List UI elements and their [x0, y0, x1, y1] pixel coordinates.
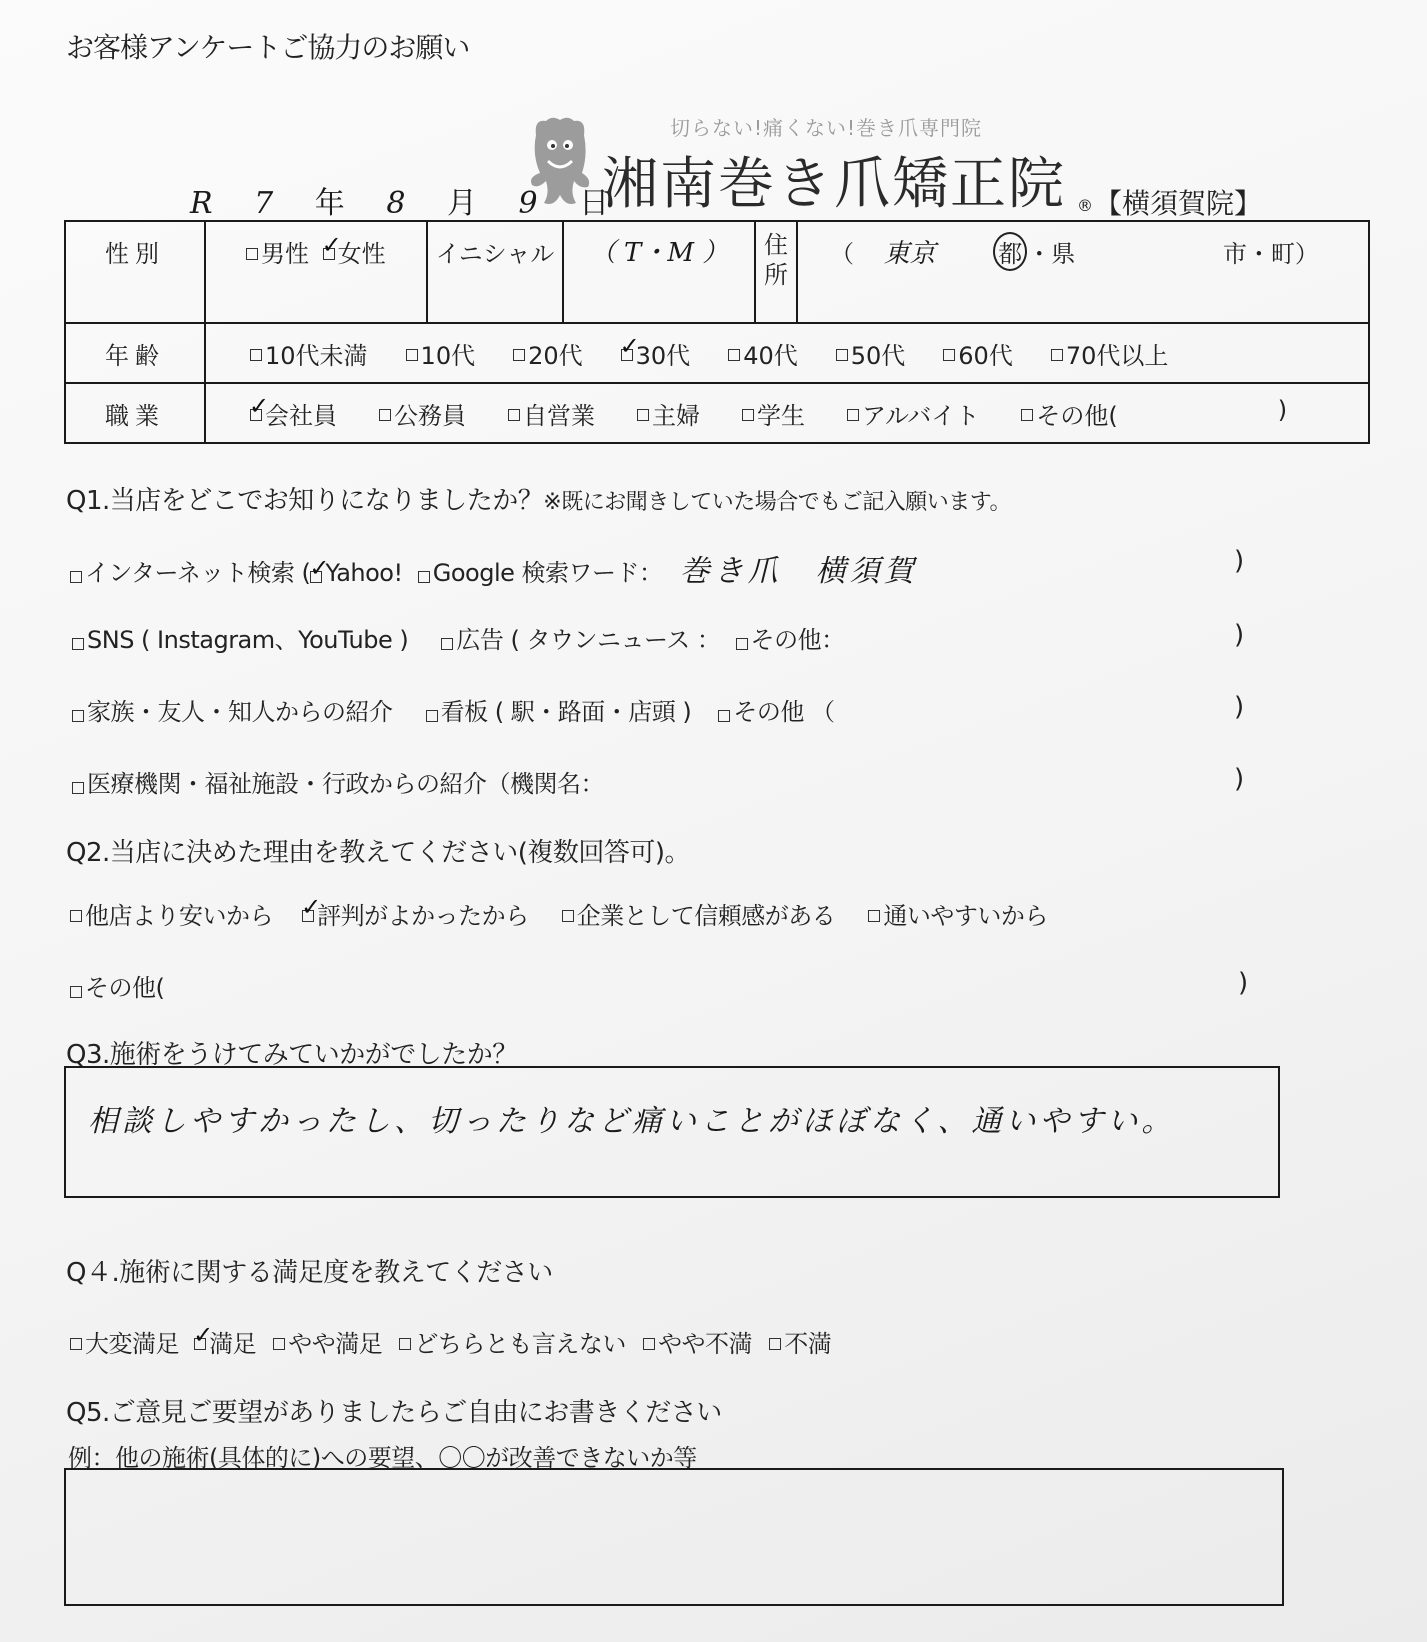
date-year-unit: 年	[315, 186, 345, 221]
occupation-option-selected[interactable]: 会社員	[250, 396, 337, 431]
registered-mark: ®	[1077, 196, 1093, 215]
date-month: 8	[386, 186, 405, 221]
ad-other-checkbox[interactable]	[736, 638, 748, 650]
age-option[interactable]: 50代	[836, 336, 906, 371]
q4-option[interactable]: どちらとも言えない	[399, 1324, 626, 1359]
checkbox[interactable]	[769, 1338, 781, 1350]
occupation-option[interactable]: アルバイト	[847, 396, 979, 431]
q1-sns-close: )	[1234, 620, 1244, 650]
checkbox[interactable]	[399, 1338, 411, 1350]
q1-internet-row: インターネット検索 (Yahoo! Google 検索ワード： 巻き爪 横須賀	[70, 546, 918, 590]
checkbox[interactable]	[70, 986, 82, 998]
checkbox[interactable]	[1021, 409, 1033, 421]
checkbox[interactable]	[70, 1338, 82, 1350]
survey-title: お客様アンケートご協力のお願い	[66, 26, 469, 66]
checkbox-checked[interactable]	[250, 409, 262, 421]
q1-internet-close: )	[1234, 546, 1244, 576]
customer-info-table: 性別 男性 女性 イニシャル （ T・M ） 住所 （ 東京 都・県 市・町） …	[64, 220, 1370, 444]
occupation-option[interactable]: 自営業	[508, 396, 595, 431]
q4-options: 大変満足 満足 やや満足 どちらとも言えない やや不満 不満	[70, 1324, 869, 1359]
checkbox[interactable]	[70, 571, 82, 583]
checkbox[interactable]	[847, 409, 859, 421]
q1-referral-close: )	[1234, 692, 1244, 722]
q4-option[interactable]: やや満足	[273, 1324, 382, 1359]
q2-option[interactable]: 他店より安いから	[70, 896, 273, 931]
q5-answer-box[interactable]	[64, 1468, 1284, 1606]
age-option[interactable]: 10代	[406, 336, 476, 371]
checkbox[interactable]	[637, 409, 649, 421]
q4-option-selected[interactable]: 満足	[194, 1324, 256, 1359]
checkbox[interactable]	[728, 349, 740, 361]
initial-label: イニシャル	[427, 221, 563, 323]
checkbox[interactable]	[943, 349, 955, 361]
occupation-option-other[interactable]: その他(	[1021, 396, 1117, 431]
google-checkbox[interactable]	[418, 571, 430, 583]
checkbox[interactable]	[379, 409, 391, 421]
medical-checkbox[interactable]	[72, 782, 84, 794]
q1-medical-row: 医療機関・福祉施設・行政からの紹介（機関名：	[72, 764, 604, 799]
checkbox[interactable]	[742, 409, 754, 421]
date-month-unit: 月	[447, 186, 477, 221]
search-keyword-field[interactable]: 巻き爪 横須賀	[680, 554, 918, 589]
mascot-icon	[526, 115, 596, 207]
clinic-name: 湘南巻き爪矯正院	[602, 140, 1066, 220]
age-options: 10代未満 10代 20代 30代 40代 50代 60代 70代以上	[205, 323, 1369, 383]
occupation-label: 職業	[65, 383, 205, 443]
age-option-selected[interactable]: 30代	[621, 336, 691, 371]
checkbox-checked[interactable]	[194, 1338, 206, 1350]
checkbox[interactable]	[70, 910, 82, 922]
gender-options: 男性 女性	[205, 221, 427, 323]
q2-other-row: その他(	[70, 968, 164, 1003]
to-circled: 都	[993, 232, 1027, 271]
q4-option[interactable]: 大変満足	[70, 1324, 179, 1359]
q3-answer-box[interactable]: 相談しやすかったし、切ったりなど痛いことがほぼなく、通いやすい。	[64, 1066, 1280, 1198]
checkbox[interactable]	[246, 248, 258, 260]
age-option[interactable]: 10代未満	[250, 336, 368, 371]
occupation-option[interactable]: 学生	[742, 396, 805, 431]
date-era: R	[190, 186, 213, 221]
checkbox[interactable]	[643, 1338, 655, 1350]
address-label: 住所	[755, 221, 797, 323]
q4-option[interactable]: やや不満	[643, 1324, 752, 1359]
age-option[interactable]: 60代	[943, 336, 1013, 371]
gender-female-option[interactable]: 女性	[323, 234, 386, 269]
q1-referral-row: 家族・友人・知人からの紹介 看板 ( 駅・路面・店頭 ) その他 （	[72, 692, 835, 727]
occupation-option[interactable]: 主婦	[637, 396, 700, 431]
branch-name: 【横須賀院】	[1094, 182, 1262, 222]
referral-checkbox[interactable]	[72, 710, 84, 722]
address-field[interactable]: （ 東京 都・県 市・町）	[797, 221, 1369, 323]
gender-male-option[interactable]: 男性	[246, 234, 309, 269]
gender-label: 性別	[65, 221, 205, 323]
prefecture-value: 東京	[884, 239, 936, 269]
q2-options: 他店より安いから 評判がよかったから 企業として信頼感がある 通いやすいから	[70, 896, 1086, 931]
checkbox[interactable]	[508, 409, 520, 421]
checkbox[interactable]	[562, 910, 574, 922]
checkbox[interactable]	[868, 910, 880, 922]
sns-checkbox[interactable]	[72, 638, 84, 650]
q3-answer-text: 相談しやすかったし、切ったりなど痛いことがほぼなく、通いやすい。	[88, 1096, 1175, 1140]
q2-option-selected[interactable]: 評判がよかったから	[302, 896, 529, 931]
logo-tagline: 切らない!痛くない!巻き爪専門院	[670, 112, 982, 141]
q2-option[interactable]: 企業として信頼感がある	[562, 896, 836, 931]
q2-title: Q2.当店に決めた理由を教えてください(複数回答可)。	[66, 832, 690, 869]
other-checkbox[interactable]	[718, 710, 730, 722]
q1-title: Q1.当店をどこでお知りになりましたか？※既にお聞きしていた場合でもご記入願いま…	[66, 480, 1011, 517]
age-option[interactable]: 70代以上	[1051, 336, 1169, 371]
signboard-checkbox[interactable]	[426, 710, 438, 722]
checkbox[interactable]	[406, 349, 418, 361]
age-option[interactable]: 40代	[728, 336, 798, 371]
ad-checkbox[interactable]	[441, 638, 453, 650]
q4-title: Q４.施術に関する満足度を教えてください	[66, 1252, 553, 1289]
checkbox[interactable]	[250, 349, 262, 361]
occupation-option[interactable]: 公務員	[379, 396, 466, 431]
checkbox-checked[interactable]	[621, 349, 633, 361]
checkbox[interactable]	[1051, 349, 1063, 361]
q2-option[interactable]: 通いやすいから	[868, 896, 1048, 931]
checkbox[interactable]	[273, 1338, 285, 1350]
yahoo-checkbox-checked[interactable]	[310, 571, 322, 583]
q2-other-close: )	[1238, 968, 1248, 998]
date-year: 7	[254, 186, 273, 221]
q1-sns-row: SNS ( Instagram、YouTube ) 広告 ( タウンニュース ：…	[72, 620, 845, 655]
checkbox-checked[interactable]	[323, 248, 335, 260]
q1-note: ※既にお聞きしていた場合でもご記入願います。	[543, 490, 1011, 515]
q5-title: Q5.ご意見ご要望がありましたらご自由にお書きください	[66, 1392, 722, 1429]
q1-medical-close: )	[1234, 764, 1244, 794]
initial-field[interactable]: （ T・M ）	[563, 221, 755, 323]
q4-option[interactable]: 不満	[769, 1324, 831, 1359]
checkbox[interactable]	[513, 349, 525, 361]
checkbox-checked[interactable]	[302, 910, 314, 922]
age-option[interactable]: 20代	[513, 336, 583, 371]
occupation-other-close: )	[1278, 396, 1287, 431]
occupation-options: 会社員 公務員 自営業 主婦 学生 アルバイト その他( )	[205, 383, 1369, 443]
checkbox[interactable]	[836, 349, 848, 361]
age-label: 年齢	[65, 323, 205, 383]
